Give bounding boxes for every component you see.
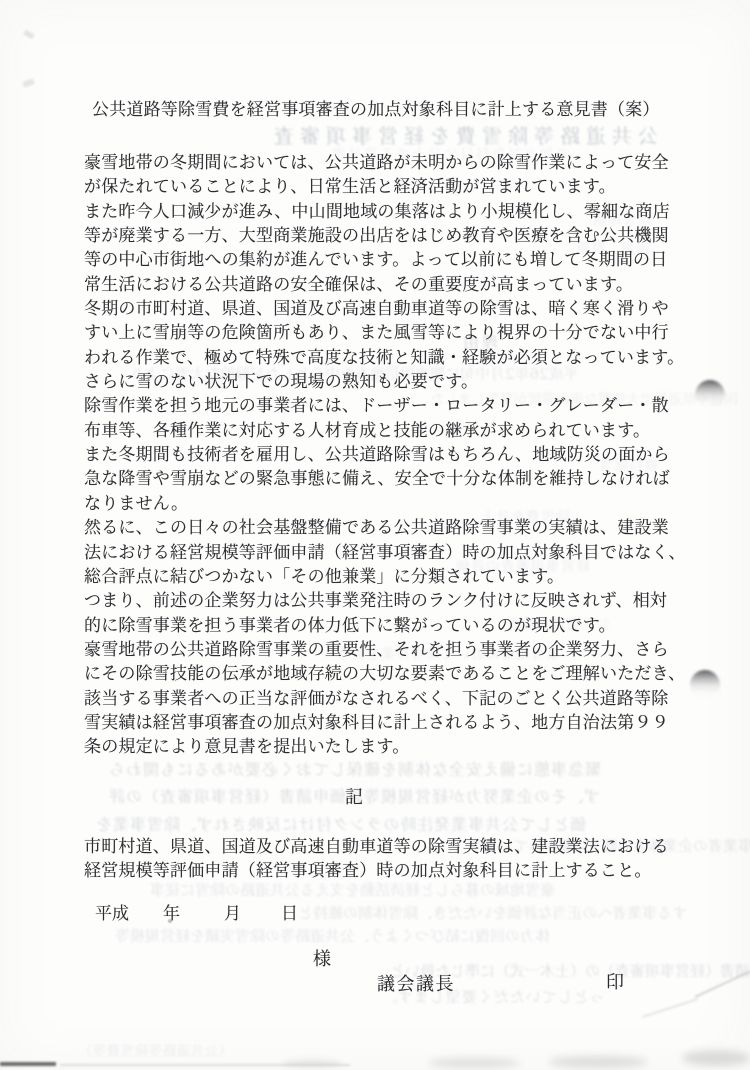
ghost-text-line: 緊急事態に備え安全な体制を確保しておく必要があるにも関わら bbox=[108, 757, 601, 780]
scan-smudge bbox=[22, 78, 34, 87]
addressee-suffix: 様 bbox=[313, 945, 331, 971]
scan-smudge bbox=[168, 919, 172, 923]
seal-label: 印 bbox=[606, 968, 624, 994]
body-line: 条の規定により意見書を提出いたします。 bbox=[84, 735, 704, 759]
scanned-document-page: 公共道路等除雪費を経営事項審査の加点対象科目に計上する意見書除雪体制国道、県道理… bbox=[0, 0, 750, 1070]
month-label: 月 bbox=[224, 904, 241, 924]
scan-smudge bbox=[682, 1050, 750, 1066]
ghost-text-line: 価として公共事業発注時のランク付けに反映されず、除雪事業を bbox=[95, 812, 586, 835]
punch-hole-shadow bbox=[695, 380, 725, 410]
day-label: 日 bbox=[281, 904, 298, 924]
ghost-text-line: 体力の回復に結びつくよう、公共道路等の除雪実績を経営規模等 bbox=[115, 925, 550, 946]
body-line: 法における経営規模等評価申請（経営事項審査）時の加点対象科目ではなく、 bbox=[84, 541, 704, 565]
body-line: 急な降雪や雪崩などの緊急事態に備え、安全で十分な体制を維持しなければ bbox=[84, 467, 704, 491]
record-section: 市町村道、県道、国道及び高速自動車道等の除雪実績は、建設業法における経営規模等評… bbox=[84, 834, 704, 883]
record-line: 市町村道、県道、国道及び高速自動車道等の除雪実績は、建設業法における bbox=[84, 834, 704, 858]
body-line: 的に除雪事業を担う事業者の体力低下に繋がっているのが現状です。 bbox=[84, 614, 704, 638]
body-line: 豪雪地帯の公共道路除雪事業の重要性、それを担う事業者の企業努力、さら bbox=[84, 638, 704, 662]
body-line: 常生活における公共道路の安全確保は、その重要度が高まっています。 bbox=[84, 273, 704, 297]
document-body: 豪雪地帯の冬期間においては、公共道路が未明からの除雪作業によって安全が保たれてい… bbox=[84, 151, 704, 760]
body-line: 等の中心市街地への集約が進んでいます。よって以前にも増して冬期間の日 bbox=[84, 248, 704, 272]
era-label: 平成 bbox=[95, 904, 129, 924]
scan-smudge bbox=[428, 1058, 520, 1068]
body-line: 除雪作業を担う地元の事業者には、ドーザー・ロータリー・グレーダー・散 bbox=[84, 394, 704, 418]
body-line: さらに雪のない状況下での現場の熟知も必要です。 bbox=[84, 370, 704, 394]
body-line: 然るに、この日々の社会基盤整備である公共道路除雪事業の実績は、建設業 bbox=[84, 516, 704, 540]
body-line: 冬期の市町村道、県道、国道及び高速自動車道等の除雪は、暗く寒く滑りや bbox=[84, 297, 704, 321]
body-line: 雪実績は経営事項審査の加点対象科目に計上されるよう、地方自治法第９９ bbox=[84, 711, 704, 735]
body-line: また冬期間も技術者を雇用し、公共道路除雪はもちろん、地域防災の面から bbox=[84, 443, 704, 467]
record-line: 経営規模等評価申請（経営事項審査）時の加点対象科目に計上すること。 bbox=[84, 858, 704, 882]
body-line: が保たれていることにより、日常生活と経済活動が営まれています。 bbox=[84, 175, 704, 199]
body-line: つまり、前述の企業努力は公共事業発注時のランク付けに反映されず、相対 bbox=[84, 589, 704, 613]
date-line: 平成年月日 bbox=[95, 899, 298, 924]
ghost-text-line: する事業者への正当な評価をいただき、除雪体制の維持と bbox=[298, 902, 687, 923]
record-heading: 記 bbox=[345, 783, 364, 809]
body-line: 総合評点に結びつかない「その他兼業」に分類されています。 bbox=[84, 565, 704, 589]
body-line: 等が廃業する一方、大型商業施設の出店をはじめ教育や医療を含む公共機関 bbox=[84, 224, 704, 248]
scan-smudge bbox=[0, 1062, 56, 1066]
body-line: また昨今人口減少が進み、中山間地域の集落はより小規模化し、零細な商店 bbox=[84, 200, 704, 224]
scan-smudge bbox=[23, 30, 34, 39]
scan-smudge bbox=[282, 1060, 342, 1067]
body-line: すい上に雪崩等の危険箇所もあり、また風雪等により視界の十分でない中行 bbox=[84, 321, 704, 345]
body-line: 布車等、各種作業に対応する人材育成と技能の継承が求められています。 bbox=[84, 419, 704, 443]
punch-hole-shadow bbox=[690, 670, 720, 700]
document-title: 公共道路等除雪費を経営事項審査の加点対象科目に計上する意見書（案） bbox=[92, 95, 660, 120]
body-line: 該当する事業者への正当な評価がなされるべく、下記のごとく公共道路等除 bbox=[84, 687, 704, 711]
body-line: われる作業で、極めて特殊で高度な技術と知識・経験が必須となっています。 bbox=[84, 346, 704, 370]
signer-title: 議会議長 bbox=[377, 970, 455, 996]
scan-smudge bbox=[548, 1056, 648, 1068]
scan-smudge bbox=[642, 998, 698, 1018]
body-line: 豪雪地帯の冬期間においては、公共道路が未明からの除雪作業によって安全 bbox=[84, 151, 704, 175]
ghost-text-line: （公共道路等除雪費等） bbox=[78, 1040, 232, 1059]
body-line: なりません。 bbox=[84, 492, 704, 516]
body-line: にその除雪技能の伝承が地域存続の大切な要素であることをご理解いただき、 bbox=[84, 662, 704, 686]
